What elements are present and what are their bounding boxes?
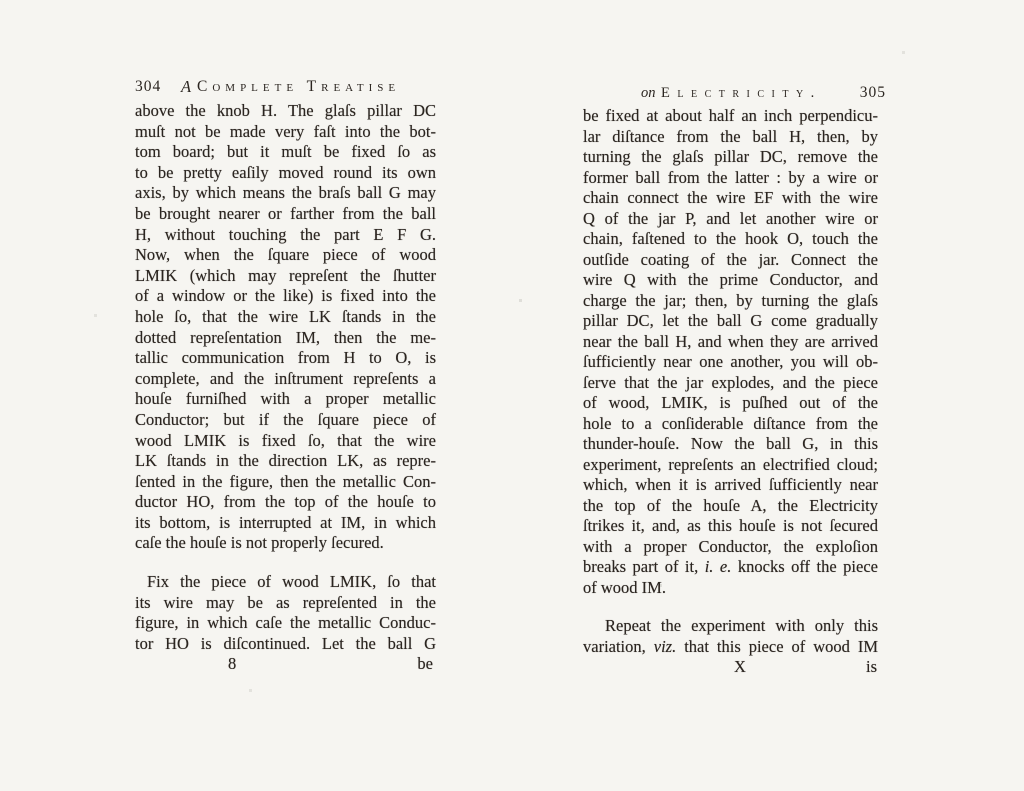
- text-line: complete, and the inſtrument repreſents …: [135, 369, 436, 390]
- text-line: Conductor; but if the ſquare piece of: [135, 410, 436, 431]
- text-line: ſtrikes it, and, as this houſe is not ſe…: [583, 516, 878, 537]
- text-line: Repeat the experiment with only this: [583, 616, 878, 637]
- text-line: tallic communication from H to O, is: [135, 348, 436, 369]
- text-line: turning the glaſs pillar DC, remove the: [583, 147, 878, 168]
- text-line: outſide coating of the jar. Connect the: [583, 250, 878, 271]
- text-line: caſe the houſe is not properly ſecured.: [135, 533, 436, 554]
- text-line: H, without touching the part E F G.: [135, 225, 436, 246]
- text-line: LMIK (which may repreſent the ſhutter: [135, 266, 436, 287]
- signature-mark-left: 8: [228, 654, 236, 674]
- text-line: ductor HO, from the top of the houſe to: [135, 492, 436, 513]
- running-header-right: on Electricity. 305: [583, 84, 878, 106]
- text-line: Now, when the ſquare piece of wood: [135, 245, 436, 266]
- text-line: lar diſtance from the ball H, then, by: [583, 127, 878, 148]
- header-article: A: [181, 77, 191, 97]
- text-line: experiment, repreſents an electrified cl…: [583, 455, 878, 476]
- text-line: chain, faſtened to the hook O, touch the: [583, 229, 878, 250]
- text-line: tom board; but it muſt be fixed ſo as: [135, 142, 436, 163]
- text-line: houſe furniſhed with a proper metallic: [135, 389, 436, 410]
- text-line: ſufficiently near one another, you will …: [583, 352, 878, 373]
- text-line: be fixed at about half an inch perpendic…: [583, 106, 878, 127]
- paragraph: Repeat the experiment with only thisvari…: [583, 616, 878, 657]
- footline-left: 8 be: [135, 654, 436, 675]
- text-line: the top of the houſe A, the Electricity: [583, 496, 878, 517]
- text-line: above the knob H. The glaſs pillar DC: [135, 101, 436, 122]
- text-line: thunder-houſe. Now the ball G, in this: [583, 434, 878, 455]
- page-number-right: 305: [860, 84, 886, 102]
- paragraph: Fix the piece of wood LMIK, ſo thatits w…: [135, 572, 436, 654]
- text-line: hole ſo, that the wire LK ſtands in the: [135, 307, 436, 328]
- text-line: charge the jar; then, by turning the gla…: [583, 291, 878, 312]
- text-line: its wire may be as repreſented in the: [135, 593, 436, 614]
- text-line: which, when it is arrived ſufficiently n…: [583, 475, 878, 496]
- paragraph: above the knob H. The glaſs pillar DCmuſ…: [135, 101, 436, 554]
- running-header-left: 304 A Complete Treatise: [135, 78, 436, 101]
- header-prefix: on: [641, 85, 656, 102]
- text-line: breaks part of it, i. e. knocks off the …: [583, 557, 878, 578]
- page-left: 304 A Complete Treatise above the knob H…: [135, 78, 436, 675]
- text-line: of a window or the like) is fixed into t…: [135, 286, 436, 307]
- catchword-right: is: [866, 657, 877, 677]
- text-line: to be pretty eaſily moved round its own: [135, 163, 436, 184]
- text-line: be brought nearer or farther from the ba…: [135, 204, 436, 225]
- scan-speckles: [0, 0, 1, 1]
- paragraph: be fixed at about half an inch perpendic…: [583, 106, 878, 598]
- text-line: of wood, LMIK, is puſhed out of the: [583, 393, 878, 414]
- text-line: hole to a conſiderable diſtance from the: [583, 414, 878, 435]
- page-number-left: 304: [135, 78, 161, 96]
- header-title-left: Complete Treatise: [197, 78, 400, 96]
- text-line: pillar DC, let the ball G come gradually: [583, 311, 878, 332]
- text-line: axis, by which means the braſs ball G ma…: [135, 183, 436, 204]
- page-left-text: above the knob H. The glaſs pillar DCmuſ…: [135, 101, 436, 654]
- text-line: near the ball H, and when they are arriv…: [583, 332, 878, 353]
- text-line: wire Q with the prime Conductor, and: [583, 270, 878, 291]
- catchword-left: be: [417, 654, 433, 674]
- text-line: ſerve that the jar explodes, and the pie…: [583, 373, 878, 394]
- text-line: LK ſtands in the direction LK, as repre-: [135, 451, 436, 472]
- signature-mark-right: X: [734, 657, 746, 677]
- text-line: of wood IM.: [583, 578, 878, 599]
- text-line: Q of the jar P, and let another wire or: [583, 209, 878, 230]
- text-line: ſented in the figure, then the metallic …: [135, 472, 436, 493]
- text-line: former ball from the latter : by a wire …: [583, 168, 878, 189]
- text-line: variation, viz. that this piece of wood …: [583, 637, 878, 658]
- text-line: its bottom, is interrupted at IM, in whi…: [135, 513, 436, 534]
- text-line: dotted repreſentation IM, then the me-: [135, 328, 436, 349]
- header-title-right: Electricity.: [661, 85, 822, 102]
- text-line: muſt not be made very faſt into the bot-: [135, 122, 436, 143]
- text-line: chain connect the wire EF with the wire: [583, 188, 878, 209]
- text-line: figure, in which caſe the metallic Condu…: [135, 613, 436, 634]
- page-right: on Electricity. 305 be fixed at about ha…: [583, 84, 878, 678]
- text-line: Fix the piece of wood LMIK, ſo that: [135, 572, 436, 593]
- text-line: wood LMIK is fixed ſo, that the wire: [135, 431, 436, 452]
- page-right-text: be fixed at about half an inch perpendic…: [583, 106, 878, 657]
- text-line: tor HO is diſcontinued. Let the ball G: [135, 634, 436, 655]
- footline-right: X is: [583, 657, 878, 678]
- text-line: with a proper Conductor, the exploſion: [583, 537, 878, 558]
